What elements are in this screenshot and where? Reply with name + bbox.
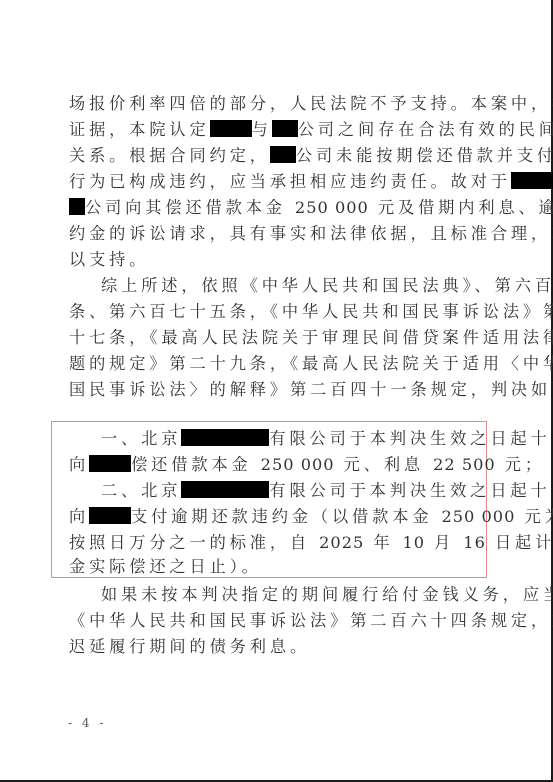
paragraph-1-line-6: 约金的诉讼请求，具有事实和法律依据，且标准合理，本院均予 [69, 223, 489, 245]
paragraph-2-line-3: 十七条，《最高人民法院关于审理民间借贷案件适用法律若干问 [69, 327, 489, 349]
text: 支付逾期还款违约金（以借款本金 [131, 507, 441, 526]
text: 关系。根据合同约定， [69, 146, 270, 165]
text: 公司向其偿还借款本金 [85, 198, 295, 217]
redaction-block [270, 146, 296, 163]
text: 月 [425, 533, 463, 552]
start-year: 2025 [319, 533, 364, 552]
paragraph-1-line-1: 场报价利率四倍的部分，人民法院不予支持。本案中，根据在案 [69, 93, 489, 115]
text: 向 [69, 455, 89, 474]
start-month: 10 [403, 533, 426, 552]
start-day: 16 [463, 533, 486, 552]
redaction-block [69, 198, 85, 215]
text: 迟延履行期间的债务利息。 [69, 637, 310, 656]
paragraph-1-line-7: 以支持。 [69, 249, 489, 271]
text: 公司未能按期偿还借款并支付利息的 [296, 146, 553, 165]
text: 元、利息 [335, 455, 433, 474]
text: 有限公司于本判决生效之日起十日内 [269, 481, 553, 500]
text: 如果未按本判决指定的期间履行给付金钱义务，应当依照 [101, 585, 553, 604]
text: 公司之间存在合法有效的民间借贷 [298, 120, 553, 139]
paragraph-2-line-2: 条、第六百七十五条，《中华人民共和国民事诉讼法》第一百四 [69, 301, 489, 323]
page-number: - 4 - [68, 716, 106, 730]
text: 向 [69, 507, 89, 526]
interest-amount: 22 500 [433, 455, 496, 474]
redaction-block [181, 429, 269, 446]
text: 偿还借款本金 [131, 455, 261, 474]
redaction-block [210, 120, 252, 137]
paragraph-1-line-3: 关系。根据合同约定，公司未能按期偿还借款并支付利息的 [69, 145, 489, 167]
text: 综上所述，依照《中华人民共和国民法典》、第六百七十四 [101, 276, 553, 295]
text: 元为基数， [515, 507, 553, 526]
text: 按照日万分之一的标准，自 [69, 533, 319, 552]
text: 日起计算至借款本 [486, 533, 553, 552]
principal-amount: 250 000 [441, 507, 515, 526]
redaction-block [89, 455, 131, 472]
paragraph-3-line-3: 迟延履行期间的债务利息。 [69, 636, 489, 658]
text: 题的规定》第二十九条，《最高人民法院关于适用〈中华人民共和 [69, 354, 553, 373]
paragraph-1-line-5: 公司向其偿还借款本金 250 000 元及借期内利息、逾期还款违 [69, 197, 489, 219]
principal-amount: 250 000 [261, 455, 335, 474]
redaction-block [181, 481, 269, 498]
text: 场报价利率四倍的部分，人民法院不予支持。本案中，根据在案 [69, 94, 553, 113]
paragraph-3-line-1: 如果未按本判决指定的期间履行给付金钱义务，应当依照 [101, 584, 489, 606]
paragraph-2-line-4: 题的规定》第二十九条，《最高人民法院关于适用〈中华人民共和 [69, 353, 489, 375]
text: 二、北京 [101, 481, 181, 500]
redaction-block [511, 172, 553, 189]
text: 国民事诉讼法〉的解释》第二百四十一条规定，判决如下： [69, 380, 553, 399]
paragraph-2-line-1: 综上所述，依照《中华人民共和国民法典》、第六百七十四 [101, 275, 489, 297]
text: 十七条，《最高人民法院关于审理民间借贷案件适用法律若干问 [69, 328, 553, 347]
text: 元； [496, 455, 545, 474]
text: 《中华人民共和国民事诉讼法》第二百六十四条规定，加倍支付 [69, 611, 553, 630]
paragraph-1-line-4: 行为已构成违约，应当承担相应违约责任。故对于主张 [69, 171, 489, 193]
document-page: 场报价利率四倍的部分，人民法院不予支持。本案中，根据在案 证据，本院认定与公司之… [0, 0, 553, 782]
text: 有限公司于本判决生效之日起十日内 [269, 429, 553, 448]
judgment-item-2-line-4: 金实际偿还之日止）。 [69, 556, 489, 578]
judgment-item-1-line-2: 向偿还借款本金 250 000 元、利息 22 500 元； [69, 454, 489, 476]
paragraph-1-line-2: 证据，本院认定与公司之间存在合法有效的民间借贷 [69, 119, 489, 141]
text: 约金的诉讼请求，具有事实和法律依据，且标准合理，本院均予 [69, 224, 553, 243]
text: 条、第六百七十五条，《中华人民共和国民事诉讼法》第一百四 [69, 302, 553, 321]
judgment-item-1-line-1: 一、北京有限公司于本判决生效之日起十日内 [101, 428, 489, 450]
principal-amount: 250 000 [295, 198, 369, 217]
judgment-item-2-line-1: 二、北京有限公司于本判决生效之日起十日内 [101, 480, 489, 502]
redaction-block [89, 507, 131, 524]
text: 元及借期内利息、逾期还款违 [369, 198, 553, 217]
text: 行为已构成违约，应当承担相应违约责任。故对于 [69, 172, 511, 191]
judgment-item-2-line-3: 按照日万分之一的标准，自 2025 年 10 月 16 日起计算至借款本 [69, 532, 489, 554]
judgment-item-2-line-2: 向支付逾期还款违约金（以借款本金 250 000 元为基数， [69, 506, 489, 528]
text: 证据，本院认定 [69, 120, 210, 139]
paragraph-3-line-2: 《中华人民共和国民事诉讼法》第二百六十四条规定，加倍支付 [69, 610, 489, 632]
text: 年 [364, 533, 402, 552]
text: 以支持。 [69, 250, 149, 269]
text: 一、北京 [101, 429, 181, 448]
redaction-block [272, 120, 298, 137]
text: 金实际偿还之日止）。 [69, 557, 262, 576]
text: 与 [252, 120, 272, 139]
paragraph-2-line-5: 国民事诉讼法〉的解释》第二百四十一条规定，判决如下： [69, 379, 489, 401]
